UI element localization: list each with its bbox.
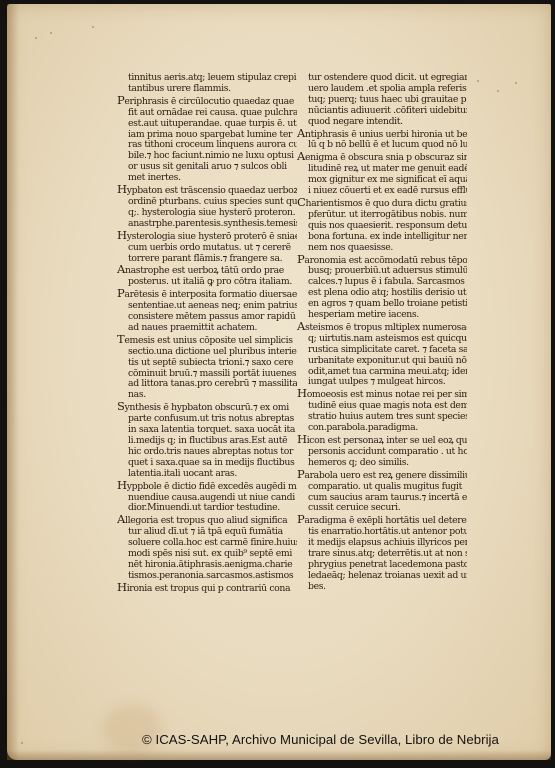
text-line: phrygius penetrat lacedemona pastor [297,560,467,571]
entry-heading-line: Asteismos ē tropus mltiplex numerosae [297,321,467,334]
text-line: stratio huius autem tres sunt species.hi [297,412,467,423]
text-line: cōminuit bruū.⁊ massili portāt iuuenes [117,369,297,380]
paper-speck [50,32,52,34]
text-line: urbanitate exponitur.ut qui bauiū nō [297,356,467,367]
text-line: lū q b nō bellū ē et lucum quod nō lucet [297,140,467,151]
paper-speck [477,80,479,82]
text-line: rustica simplicitate caret. ⁊ faceta sat… [297,345,467,356]
text-line: hic ordo.tris naues abreptas notus tor [117,447,297,458]
entry-heading-line: Synthesis ē hypbaton obscurū.⁊ ex omi [117,401,297,414]
text-line: calces.⁊ lupus ē i fabula. Sarcasmos [297,277,467,288]
text-line: sectio.una dictione uel pluribus interie… [117,347,297,358]
text-line: quod negare intendit. [297,117,467,128]
entry-heading-line: Antiphrasis ē unius uerbi hironia ut bel [297,128,467,141]
text-line: torrere parant flāmis.⁊ frangere sa. [117,254,297,265]
paper-speck [92,26,94,28]
text-line: tudinē eius quae magis nota est demō [297,401,467,412]
entry-heading-line: Hypbaton est trāscensio quaedaz uerboꝝ [117,184,297,197]
text-line: in saxa latentia torquet. saxa uocāt ita [117,425,297,436]
text-line: nēt hironia.ātiphrasis.aenigma.charie [117,560,297,571]
text-line: soluere colla.hoc est carmē finire.huius [117,538,297,549]
text-line: ledaeāq; helenaz troianas uexit ad ur [297,571,467,582]
copyright-caption: © ICAS-SAHP, Archivo Municipal de Sevill… [142,732,499,747]
text-line: hemeros q; deo similis. [297,458,467,469]
text-line: tis enarratio.hortātis.ut antenor potu [297,527,467,538]
paper-speck [35,37,37,39]
text-line: tur ostendere quod dicit. ut egregiam [297,73,467,84]
text-line: it medijs elapsus achiuis illyricos pene [297,538,467,549]
text-line: or usus sit genitali aruo ⁊ sulcos obli [117,162,297,173]
text-line: sententiae.ut aeneas neq; enim patrius [117,301,297,312]
entry-heading-line: Charientismos ē quo dura dictu gratius [297,197,467,210]
text-line: ordinē pturbans. cuius species sunt qui [117,197,297,208]
entry-heading-line: Parētesis ē interposita formatio diuersa… [117,288,297,301]
text-line: bona fortuna. ex inde intelligitur nemi [297,232,467,243]
text-line: cussit ceruice securi. [297,503,467,514]
text-line: anastrphe.parentesis.synthesis.temesis [117,219,297,230]
text-line: hesperiam metire iacens. [297,310,467,321]
text-line: cum saucius aram taurus.⁊ incertā ex [297,493,467,504]
entry-heading-line: Aenigma ē obscura snia p obscuraz simi [297,151,467,164]
text-line: nem nos quaesisse. [297,243,467,254]
entry-heading-line: Paronomia est accōmodatū rebus tēpori [297,254,467,267]
paper-speck [497,90,499,92]
text-line: i niuez cōuerti et ex eadē rursus efflue… [297,186,467,197]
text-line: tuq; puerq; tuus haec ubi grauitae p [297,95,467,106]
text-line: comparatio. ut qualis mugitus fugit [297,482,467,493]
text-line: trare sinus.atq; deterrētis.ut at non si… [297,549,467,560]
text-line: latentia.itali uocant aras. [117,469,297,480]
entry-heading-line: Hironia est tropus qui p contrariū cona [117,582,297,595]
text-line: consistere mētem passus amor rapidū [117,312,297,323]
text-line: q; uirtutis.nam asteismos est quicquid [297,334,467,345]
text-line: tismos.peranonia.sarcasmos.astismos [117,571,297,582]
text-line: tantibus urere flammis. [117,84,297,95]
text-line: nas. [117,390,297,401]
text-line: est.aut uituperandae. quae turpis ē. ut [117,119,297,130]
text-line: quis nos quaesierit. responsum detur [297,221,467,232]
text-line: nuendiue causa.augendi ut niue candi [117,493,297,504]
text-line: parte confusum.ut tris notus abreptas [117,414,297,425]
entry-heading-line: Temesis est unius cōposite uel simplicis [117,334,297,347]
text-line: li.medijs q; in fluctibus aras.Est autē [117,436,297,447]
text-line: iam prima nouo spargebat lumine ter [117,130,297,141]
text-line: bes. [297,582,467,593]
text-line: nūciantis adiuuerit .cōfiteri uidebitur. [297,106,467,117]
text-line: modi spēs nisi sut. ex quib⁹ septē emi [117,549,297,560]
entry-heading-line: Homoeosis est minus notae rei per simi [297,388,467,401]
paper-speck [21,742,23,744]
text-line: litudinē reꝝ ut mater me genuit eadē [297,164,467,175]
text-line: fit aut ornādae rei causa. quae pulchra [117,108,297,119]
entry-heading-line: Hicon est personaꝝ inter se uel eoꝝ quae [297,434,467,447]
entry-heading-line: Anastrophe est uerboꝝ tātū ordo prae [117,264,297,277]
paper-speck [515,82,517,84]
text-line: tur aliud dī.ut ⁊ iā tpā equū fumātia [117,527,297,538]
text-line: ad naues praemittit achatem. [117,323,297,334]
text-line: iungat uulpes ⁊ mulgeat hircos. [297,377,467,388]
text-line: bile.⁊ hoc faciunt.nimio ne luxu optusi [117,151,297,162]
entry-heading-line: Paradigma ē exēpli hortātis uel detere [297,514,467,527]
entry-heading-line: Parabola uero est reꝝ genere dissimilium [297,469,467,482]
text-line: dior.Minuendi.ut tardior testudine. [117,503,297,514]
text-line: tinnitus aeris.atq; leuem stipulaz crepi [117,73,297,84]
text-line: cum uerbis ordo mutatus. ut ⁊ cererē [117,243,297,254]
manuscript-page: tinnitus aeris.atq; leuem stipulaz crepi… [7,4,551,760]
entry-heading-line: Hyppbole ē dictio fidē excedēs augēdi mi [117,480,297,493]
entry-heading-line: Periphrasis ē circūlocutio quaedaz quae [117,95,297,108]
text-line: pferūtur. ut iterrogātibus nobis. num [297,210,467,221]
text-line: ad littora tanas.pro cerebrū ⁊ massilita [117,379,297,390]
text-line: busq; prouerbiū.ut aduersus stimulū [297,266,467,277]
text-column-right: tur ostendere quod dicit. ut egregiamuer… [297,73,467,593]
text-line: ras tithoni croceum linquens aurora cu [117,140,297,151]
entry-heading-line: Hysterologia siue hysterō proterō ē snia… [117,230,297,243]
text-line: personis accidunt comparatio . ut hos [297,447,467,458]
text-line: con.parabola.paradigma. [297,423,467,434]
text-line: quet i saxa.quae sa in medijs fluctibus [117,458,297,469]
text-line: uero laudem .et spolia ampla referis [297,84,467,95]
text-line: odit,amet tua carmina meui.atq; idem [297,367,467,378]
text-line: en agros ⁊ quam bello troiane petisti [297,299,467,310]
text-line: posterus. ut italiā ꝙ pro cōtra italiam. [117,277,297,288]
text-line: met inertes. [117,173,297,184]
text-line: tis ut septē subiecta trioni.⁊ saxo cere [117,358,297,369]
text-line: q;. hysterologia siue hysterō proteron. [117,208,297,219]
text-line: mox gignitur ex me significat eī aquā [297,175,467,186]
text-column-left: tinnitus aeris.atq; leuem stipulaz crepi… [117,73,297,595]
text-line: est plena odio atq; hostilis derisio ut [297,288,467,299]
entry-heading-line: Allegoria est tropus quo aliud significa [117,514,297,527]
